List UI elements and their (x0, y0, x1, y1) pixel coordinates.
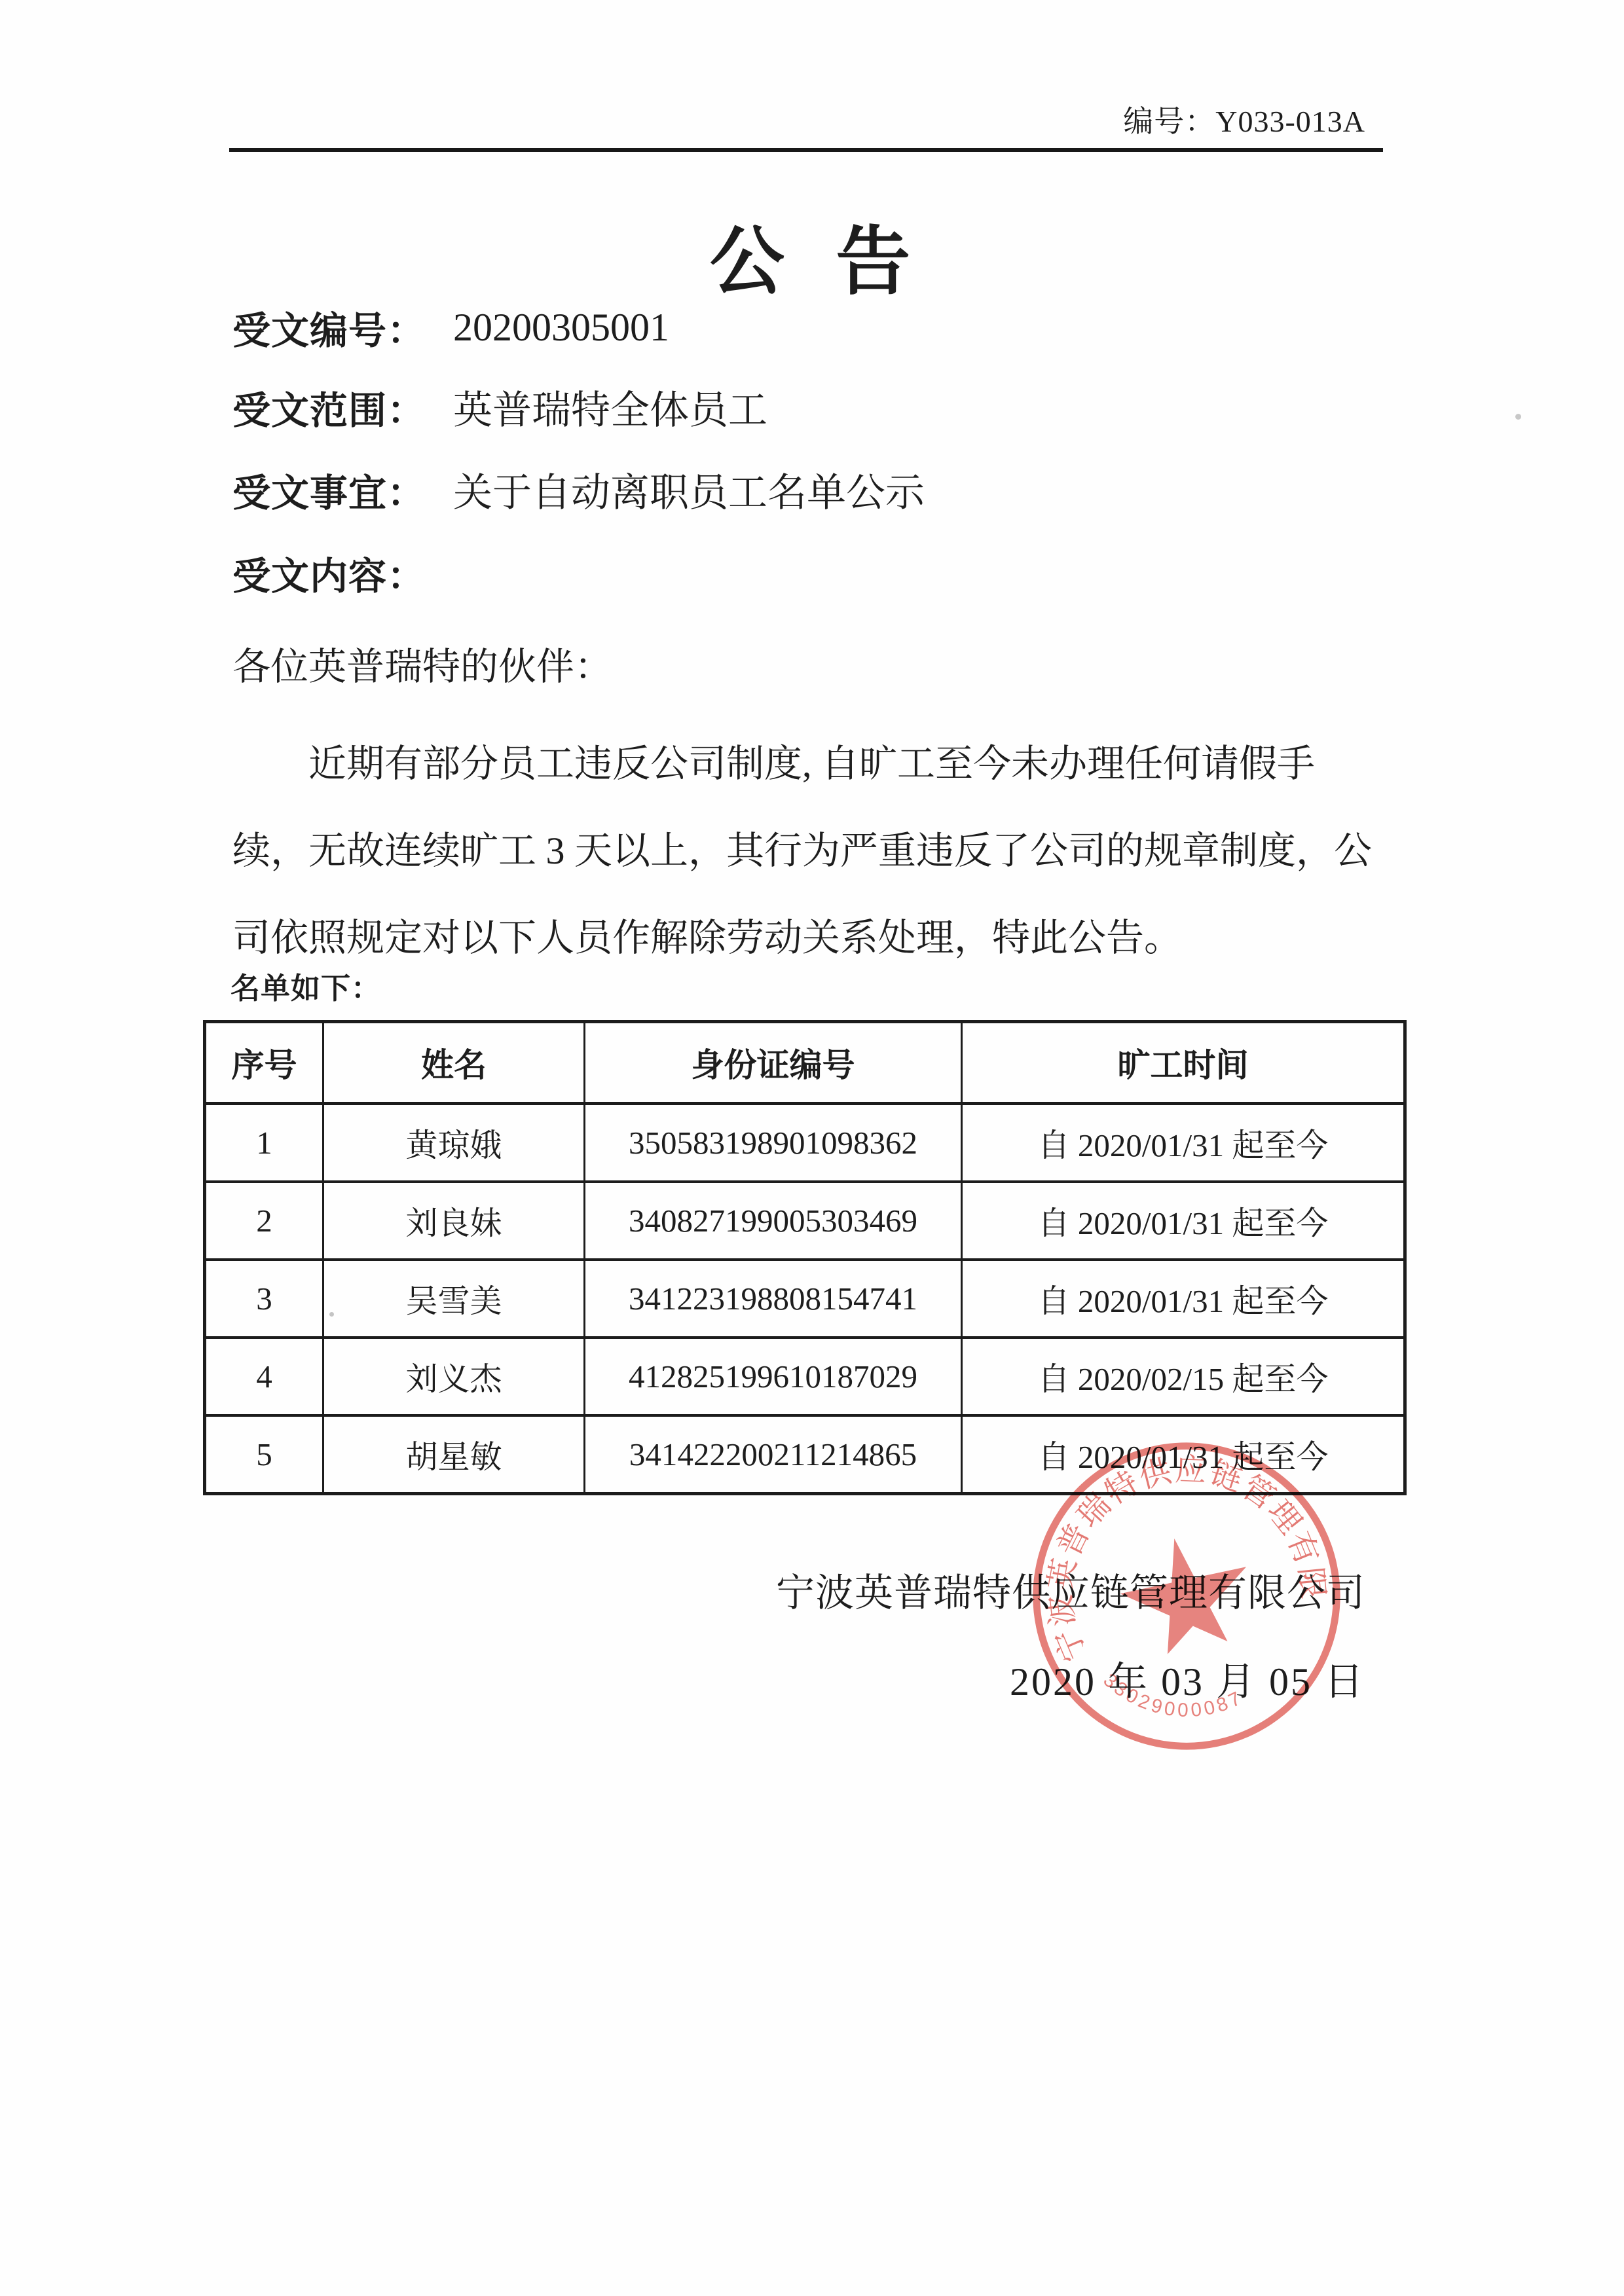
table-cell: 341223198808154741 (585, 1260, 962, 1338)
table-cell: 1 (205, 1104, 323, 1182)
table-cell: 2 (205, 1182, 323, 1260)
table-cell: 5 (205, 1415, 323, 1494)
field-row-scope: 受文范围： 英普瑞特全体员工 (232, 382, 1385, 432)
list-intro: 名单如下： (231, 970, 381, 1007)
table-row: 1黄琼娥350583198901098362自 2020/01/31 起至今 (205, 1104, 1405, 1182)
signature-company: 宁波英普瑞特供应链管理有限公司 (776, 1570, 1365, 1616)
table-cell: 黄琼娥 (323, 1104, 585, 1182)
field-row-content: 受文内容： (232, 548, 1385, 598)
table-cell: 412825199610187029 (585, 1338, 962, 1415)
field-value: 英普瑞特全体员工 (453, 379, 767, 435)
field-row-subject: 受文事宜： 关于自动离职员工名单公示 (232, 465, 1385, 515)
table-row: 5胡星敏341422200211214865自 2020/01/31 起至今 (205, 1415, 1405, 1494)
table-cell: 自 2020/01/31 起至今 (962, 1104, 1405, 1182)
table-row: 3吴雪美341223198808154741自 2020/01/31 起至今 (205, 1260, 1405, 1338)
field-row-doc-id: 受文编号： 20200305001 (232, 302, 1385, 352)
signature-block: 宁波英普瑞特供应链管理有限公司 2020 年 03 月 05 日 (776, 1570, 1365, 1705)
paragraph-line: 司依照规定对以下人员作解除劳动关系处理，特此公告。 (232, 894, 1390, 981)
announcement-document: 编号：Y033-013A 公 告 受文编号： 20200305001 受文范围：… (0, 0, 1624, 2296)
table-cell: 刘义杰 (323, 1338, 585, 1415)
table-cell: 3 (205, 1260, 323, 1338)
table-header-cell: 序号 (205, 1022, 323, 1104)
salutation: 各位英普瑞特的伙伴： (232, 642, 612, 692)
table-cell: 自 2020/01/31 起至今 (962, 1182, 1405, 1260)
field-label: 受文事宜： (232, 462, 426, 517)
table-cell: 吴雪美 (323, 1260, 585, 1338)
table-row: 4刘义杰412825199610187029自 2020/02/15 起至今 (205, 1338, 1405, 1415)
table-cell: 自 2020/01/31 起至今 (962, 1260, 1405, 1338)
doc-number: 编号：Y033-013A (1123, 102, 1365, 141)
table-cell: 胡星敏 (323, 1415, 585, 1494)
table-header-row: 序号 姓名 身份证编号 旷工时间 (205, 1022, 1405, 1104)
field-label: 受文范围： (232, 380, 426, 435)
signature-date: 2020 年 03 月 05 日 (776, 1659, 1365, 1705)
table-cell: 350583198901098362 (585, 1104, 962, 1182)
paragraph-line: 续，无故连续旷工 3 天以上，其行为严重违反了公司的规章制度，公 (232, 807, 1390, 894)
body-paragraph: 近期有部分员工违反公司制度, 自旷工至今未办理任何请假手 续，无故连续旷工 3 … (232, 720, 1390, 981)
field-label: 受文编号： (232, 300, 426, 355)
table-cell: 刘良妹 (323, 1182, 585, 1260)
paragraph-line: 近期有部分员工违反公司制度, 自旷工至今未办理任何请假手 (232, 720, 1390, 807)
page-title: 公 告 (0, 202, 1624, 309)
field-label: 受文内容： (232, 545, 426, 600)
table-header-cell: 姓名 (323, 1022, 585, 1104)
header-rule (229, 148, 1383, 152)
field-value: 关于自动离职员工名单公示 (453, 462, 925, 518)
table-header-cell: 身份证编号 (585, 1022, 962, 1104)
table-cell: 340827199005303469 (585, 1182, 962, 1260)
scan-speck (329, 1312, 334, 1317)
table-cell: 自 2020/01/31 起至今 (962, 1415, 1405, 1494)
table-header-cell: 旷工时间 (962, 1022, 1405, 1104)
field-value: 20200305001 (453, 305, 669, 350)
table-row: 2刘良妹340827199005303469自 2020/01/31 起至今 (205, 1182, 1405, 1260)
table-cell: 自 2020/02/15 起至今 (962, 1338, 1405, 1415)
table-cell: 4 (205, 1338, 323, 1415)
scan-speck (1515, 414, 1521, 420)
roster-table: 序号 姓名 身份证编号 旷工时间 1黄琼娥350583198901098362自… (203, 1020, 1407, 1495)
table-cell: 341422200211214865 (585, 1415, 962, 1494)
